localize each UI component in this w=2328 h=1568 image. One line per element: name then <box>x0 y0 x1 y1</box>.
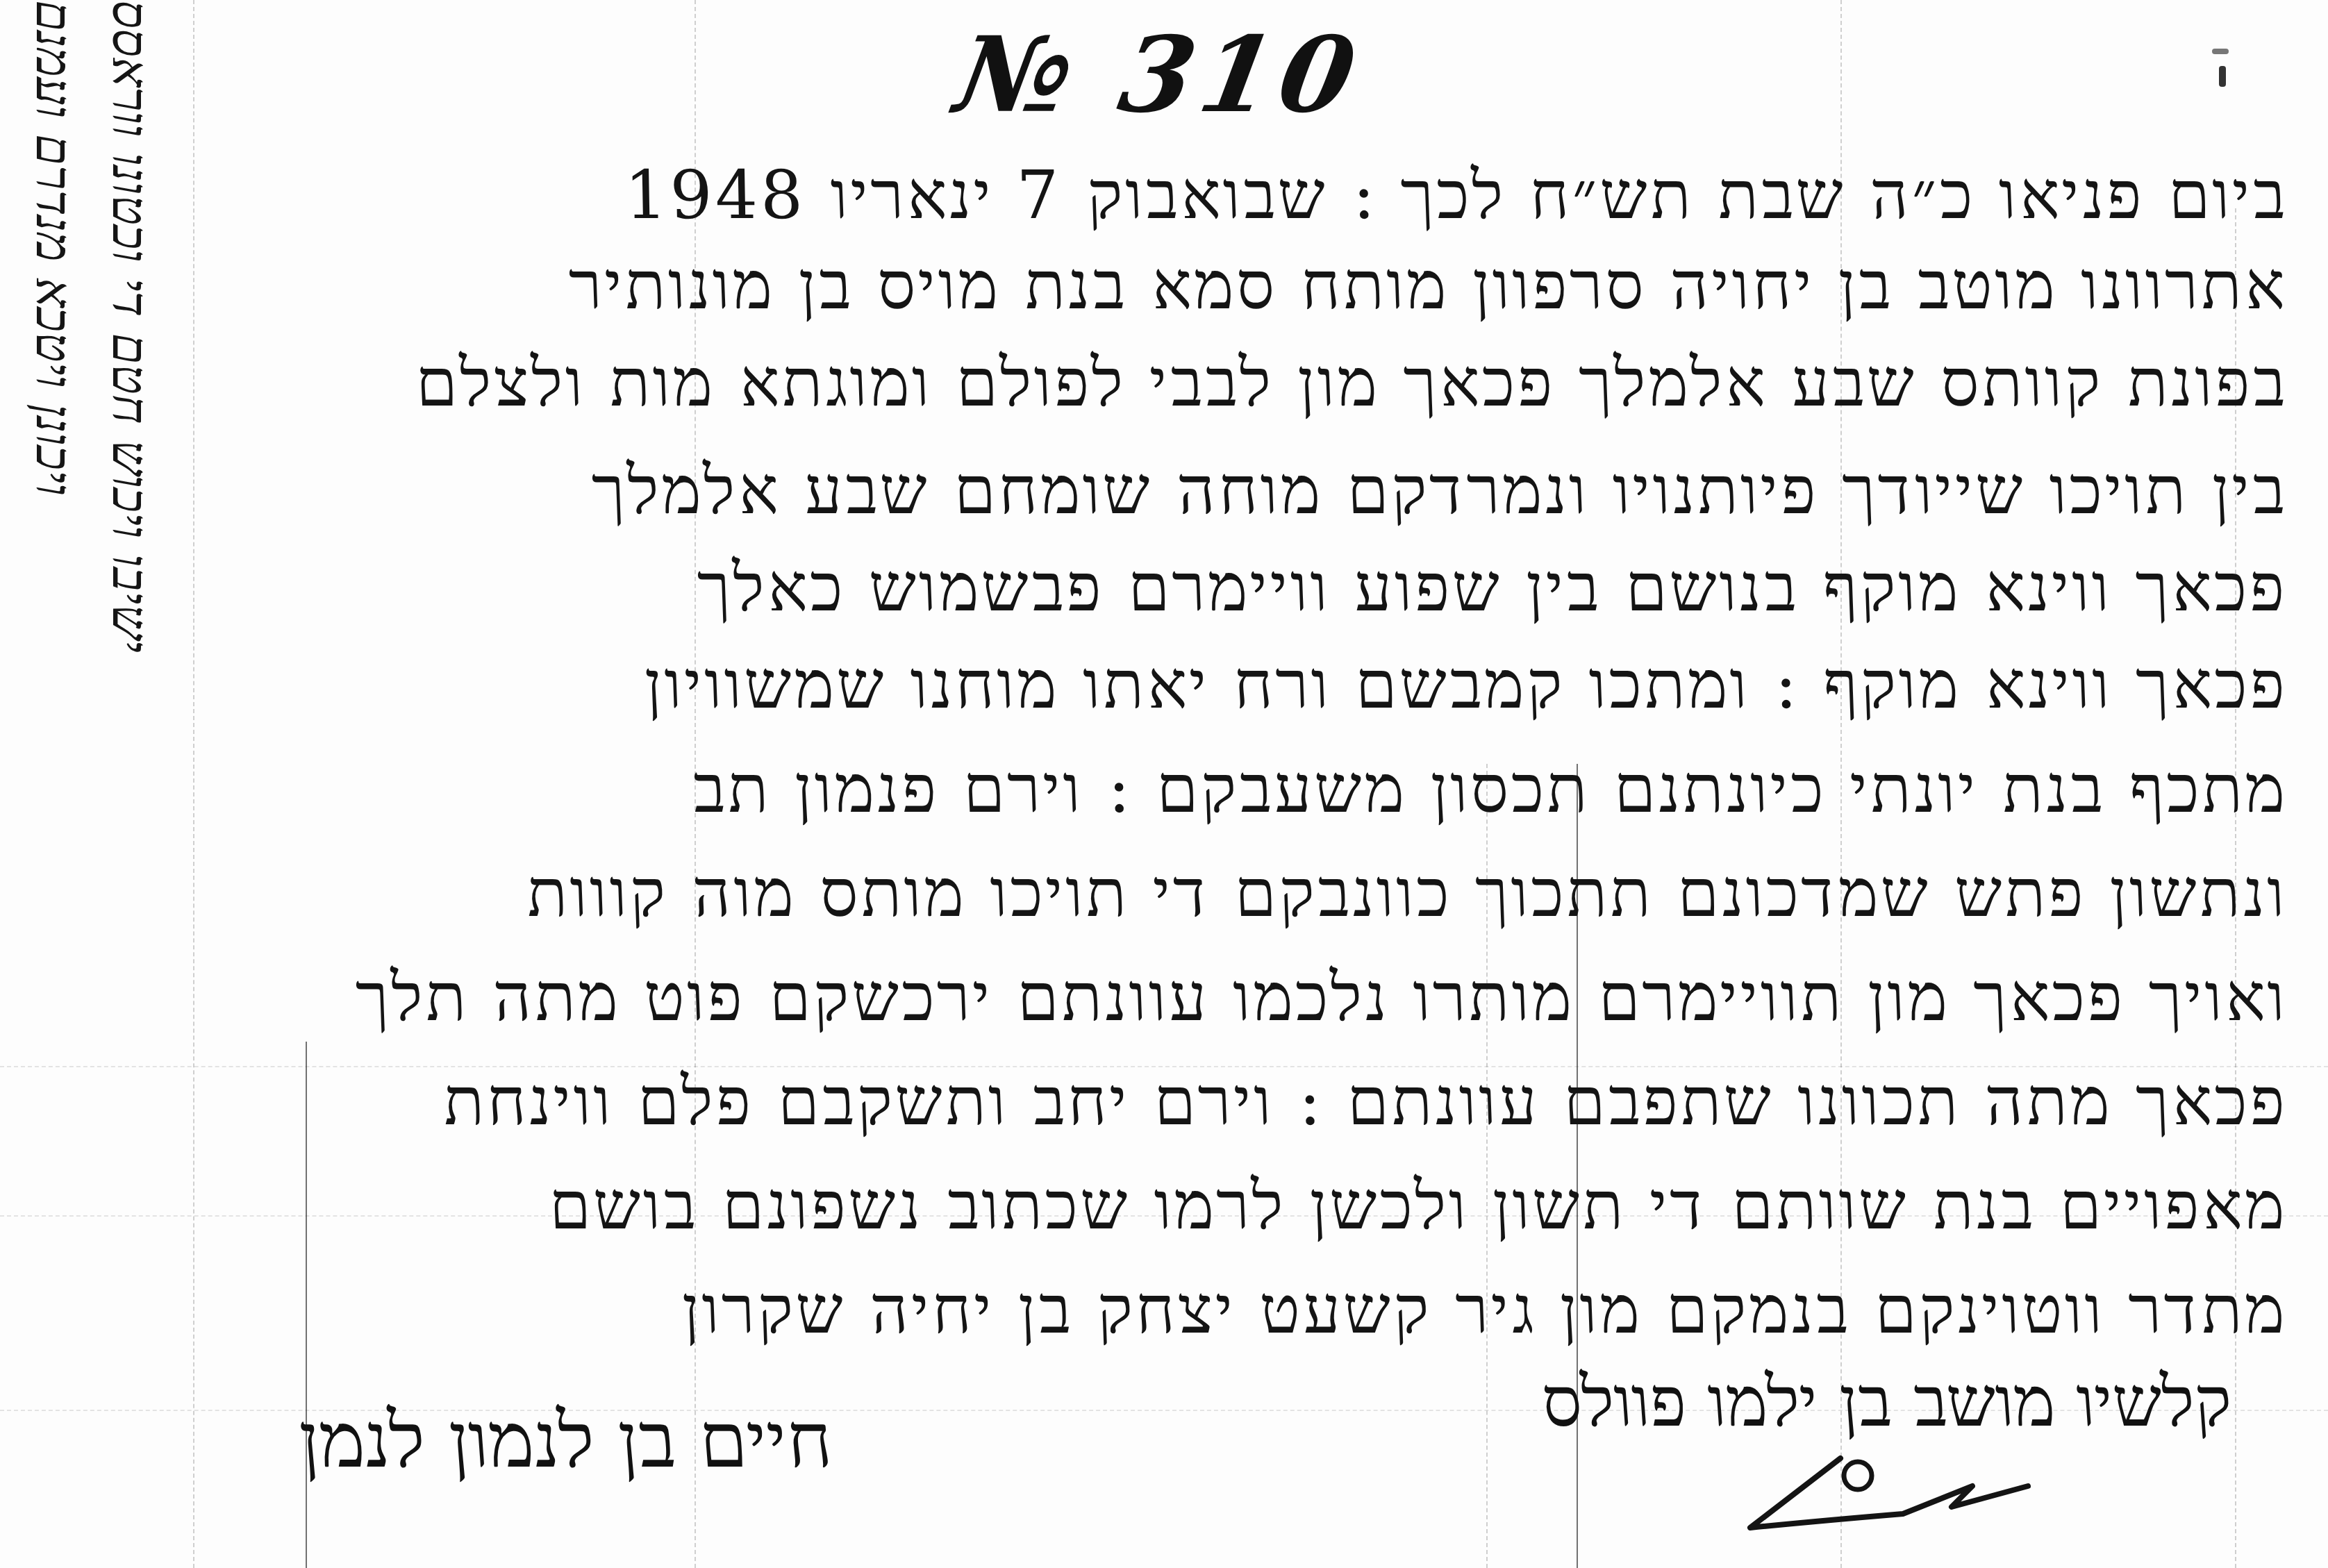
margin-note-line: ישיבו ויכוש חטם די וכטונו ווראסס <box>101 0 160 653</box>
ink-mark <box>2219 66 2226 87</box>
signature-right: קלשיו מושב בן ילמו פוולס <box>1531 1361 2241 1442</box>
body-line: פכאך ווינא מוקף : ומתכו קמבשם ורח יאתו מ… <box>635 646 2295 724</box>
document-number: № 310 <box>947 14 1370 136</box>
body-line: פכאך מתה תכוונו שתפבם עוונתם : וירם יחב … <box>434 1062 2295 1140</box>
body-line: בין תויכו שייודך פיותנויו ונמרדקם מוחה ש… <box>583 451 2295 529</box>
margin-line <box>306 1042 307 1568</box>
ink-mark <box>2212 49 2229 54</box>
margin-note-line: ויכונן ויטכא מנדרם ועמנם <box>24 0 83 496</box>
signature-flourish-icon <box>1736 1444 2084 1549</box>
body-line: אתרוונו מוטב בן יחויה סרפוון מותח סמא בנ… <box>560 247 2295 324</box>
letter-page: № 310 ביום פניאו כ״ה שבת תש״ח לכך : שבוא… <box>0 0 2328 1568</box>
date-line: ביום פניאו כ״ה שבת תש״ח לכך : שבואבוק 7 … <box>617 156 2295 234</box>
body-line: מתכף בנת יונתי כיונתנם תכסון משעבקם : וי… <box>683 750 2295 828</box>
body-line: בפונת קוותס שבע אלמלך פכאך מון לבבי לפול… <box>406 344 2295 422</box>
signature-left: חיים בן לנמון לנמן <box>288 1396 842 1485</box>
body-line: פכאך ווינא מוקף בנושם בין שפוע וויימרם פ… <box>688 549 2295 626</box>
body-line: ואויך פכאך מון תוויימרם מותרו נלכמו עוונ… <box>347 958 2295 1036</box>
body-line: ונתשון פתש שמדכונם תתכוך כוונבקם די תויכ… <box>517 854 2295 932</box>
body-line: מתדר ווטוינקם בנמקם מון גיר קשעט יצחק בן… <box>673 1271 2295 1349</box>
body-line: מאפויים בנת שוותם די תשון ולכשן לרמו שכת… <box>540 1167 2294 1244</box>
grid-line <box>193 0 194 1568</box>
